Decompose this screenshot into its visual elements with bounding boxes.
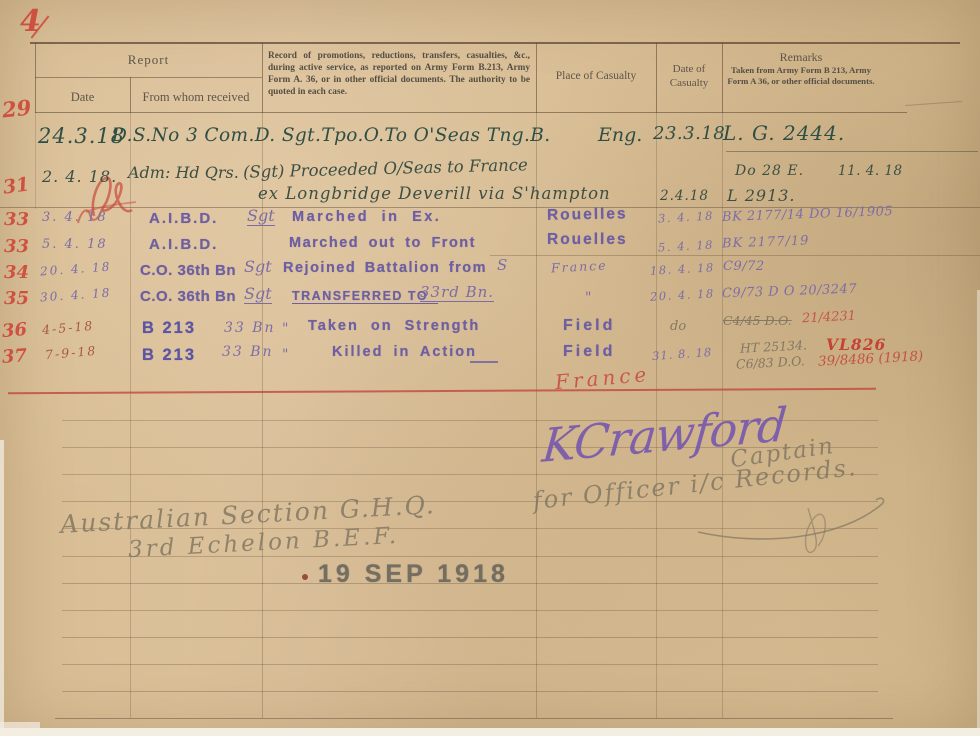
entry-r6-record2: 33rd Bn. (420, 283, 494, 302)
entry-r6-date: 30. 4. 18 (40, 286, 112, 305)
date-column-header: Date (35, 90, 130, 105)
entry-r1-place: Eng. (598, 124, 642, 146)
entry-r2-remarks-line1: Do 28 E. (735, 163, 804, 179)
col-rule (262, 113, 263, 718)
entry-r6-record: TRANSFERRED TO (292, 289, 438, 304)
entry-r3-place: Rouelles (547, 205, 628, 224)
entry-r6-from: C.O. 36th Bn (140, 288, 236, 305)
entry-r4-date: 5. 4. 18 (42, 237, 108, 252)
col-rule (536, 113, 537, 718)
casualty-date-column-header: Date of Casualty (660, 62, 718, 91)
entry-r5-remarks: C9/72 (723, 259, 765, 274)
entry-r1-remarks: L. G. 2444. (723, 121, 845, 145)
entry-r5-place: France (551, 258, 608, 276)
entry-r5-record: Rejoined Battalion from (283, 260, 487, 276)
entry-r7-date: 4-5-18 (41, 318, 94, 337)
entry-r2-casualty-date: 2.4.18 (660, 188, 709, 204)
grid-rule (62, 637, 878, 638)
entry-r8-date: 7-9-18 (44, 343, 97, 362)
entry-r3-casualty-date: 3. 4. 18 (658, 209, 715, 226)
entry-r2-remarks-line2: L 2913. (727, 186, 796, 205)
entry-r3-from: A.I.B.D. (149, 210, 218, 227)
margin-number: 29 (1, 95, 33, 123)
header-bottom-rule (35, 112, 907, 113)
entry-r5-casualty-date: 18. 4. 18 (650, 260, 715, 277)
entry-r2-record-line2: ex Longbridge Deverill via S'hampton (258, 184, 611, 203)
entry-r6-rank: Sgt (244, 284, 272, 304)
record-column-header: Record of promotions, reductions, transf… (268, 50, 530, 98)
entry-r7-ditto: " (282, 321, 288, 337)
entry-r5-from: C.O. 36th Bn (140, 262, 236, 279)
row-rule (490, 255, 980, 256)
entry-r2-record-line1: (Sgt) Proceeded O/Seas to France (243, 155, 528, 181)
entry-r4-casualty-date: 5. 4. 18 (658, 238, 715, 255)
entry-r8-from2: 33 Bn (222, 344, 274, 360)
grid-rule (62, 664, 878, 665)
entry-r8-from: B 213 (142, 346, 196, 365)
entry-r8-remarks-line2: C6/83 D.O. (736, 353, 805, 372)
margin-number: 33 (4, 236, 29, 257)
entry-r2-date: 2. 4. 18. (42, 167, 117, 186)
entry-r8-ditto: " (282, 347, 288, 363)
from-column-header: From whom received (130, 90, 262, 105)
entry-r4-remarks: BK 2177/19 (722, 233, 810, 251)
scan-edge-left (0, 440, 4, 736)
entry-r6-casualty-date: 20. 4. 18 (650, 286, 715, 303)
casualty-form-page: Report Date From whom received Record of… (0, 0, 980, 736)
entry-r5-date: 20. 4. 18 (40, 260, 112, 279)
page-number-mark: 4 (20, 4, 41, 39)
entry-r8-place: Field (563, 343, 615, 361)
entry-r7-from: B 213 (142, 319, 196, 338)
report-header: Report (35, 52, 262, 68)
grid-rule (55, 718, 893, 719)
entry-r3-date: 3. 4. 18 (42, 210, 108, 225)
entry-r5-rank: Sgt (244, 257, 272, 276)
margin-number: 35 (4, 288, 29, 309)
row-rule (726, 151, 978, 152)
entry-r7-from2: 33 Bn (224, 320, 276, 336)
grid-rule (62, 610, 878, 611)
entry-r7-record: Taken on Strength (308, 318, 480, 334)
entry-r8-casualty-date: 31. 8. 18 (652, 345, 713, 363)
entry-r8-record-underscore (470, 361, 498, 363)
scan-edge-bottom-left (0, 722, 40, 736)
remarks-column-subheader: Taken from Army Form B 213, Army Form A … (727, 65, 875, 87)
entry-r8-record: Killed in Action (332, 344, 477, 360)
received-date-stamp: 19 SEP 1918 (318, 560, 509, 589)
margin-number: 33 (4, 209, 29, 230)
grid-rule (62, 691, 878, 692)
table-top-rule (30, 42, 960, 44)
col-rule (262, 43, 263, 113)
remarks-column-header: Remarks (722, 50, 880, 65)
entry-r5-record2: S (497, 256, 507, 274)
margin-number: 37 (1, 345, 27, 368)
entry-r4-place: Rouelles (547, 231, 628, 249)
entry-r6-place-ditto: " (585, 290, 591, 306)
margin-number: 36 (1, 319, 28, 342)
entry-r2-remarks-line1b: 11. 4. 18 (838, 163, 903, 179)
entry-r7-casualty-date: do (670, 319, 686, 334)
entry-r7-remarks-red: 21/4231 (802, 309, 857, 327)
entry-r1-casualty-date: 23.3.18 (653, 123, 725, 144)
col-rule (656, 43, 657, 113)
red-rule (8, 388, 876, 395)
entry-r1-record: D.S.No 3 Com.D. Sgt.Tpo.O.To O'Seas Tng.… (112, 125, 551, 146)
margin-number: 31 (2, 173, 31, 198)
report-divider-rule (35, 77, 262, 78)
date-stamp-dot (302, 574, 308, 580)
entry-r2-from: Adm: Hd Qrs. (128, 163, 239, 182)
pencil-flourish (690, 488, 900, 558)
entry-r3-rank: Sgt (247, 206, 275, 226)
col-rule (35, 113, 36, 209)
entry-r3-record: Marched in Ex. (292, 209, 441, 225)
scan-edge-bottom (0, 728, 980, 736)
entry-r7-place: Field (563, 317, 615, 335)
entry-r4-record: Marched out to Front (289, 235, 476, 251)
header-bottom-rule-right (905, 101, 962, 106)
entry-r6-remarks: C9/73 D O 20/3247 (722, 282, 858, 302)
margin-number: 34 (4, 262, 29, 283)
entry-r7-remarks: C4/45 D.O. (723, 313, 792, 328)
place-column-header: Place of Casualty (536, 70, 656, 82)
entry-r4-from: A.I.B.D. (149, 236, 218, 253)
